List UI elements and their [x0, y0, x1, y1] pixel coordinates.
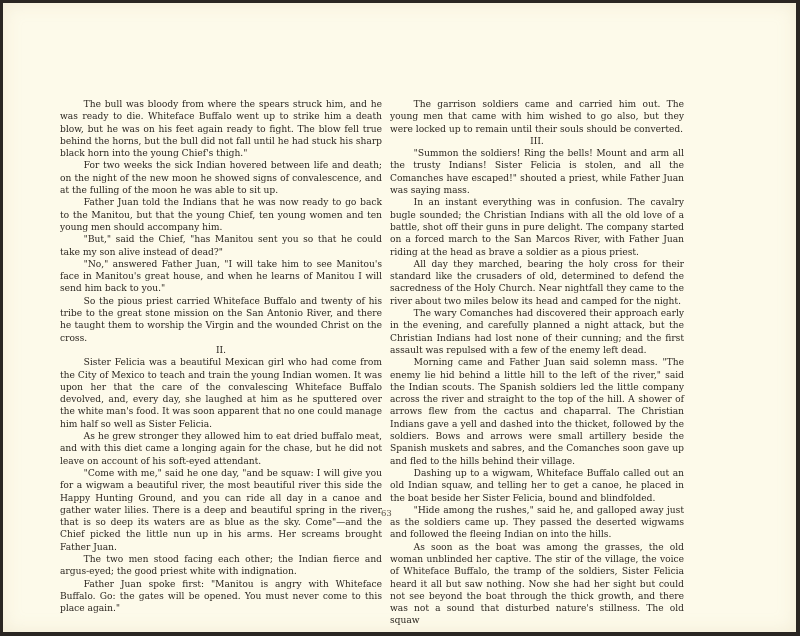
paragraph: "Come with me," said he one day, "and be… — [60, 468, 382, 554]
paragraph: Sister Felicia was a beautiful Mexican g… — [60, 357, 382, 431]
paragraph: So the pious priest carried Whiteface Bu… — [60, 296, 382, 345]
book-page: The bull was bloody from where the spear… — [3, 3, 796, 632]
paragraph: The wary Comanches had discovered their … — [390, 308, 684, 357]
paragraph: The two men stood facing each other; the… — [60, 554, 382, 579]
paragraph: For two weeks the sick Indian hovered be… — [60, 160, 382, 197]
paragraph: Father Juan told the Indians that he was… — [60, 197, 382, 234]
paragraph: As soon as the boat was among the grasse… — [390, 542, 684, 628]
paragraph: Father Juan spoke first: "Manitou is ang… — [60, 579, 382, 616]
paragraph: As he grew stronger they allowed him to … — [60, 431, 382, 468]
section-heading: II. — [60, 345, 382, 357]
paragraph: In an instant everything was in confusio… — [390, 197, 684, 258]
paragraph: All day they marched, bearing the holy c… — [390, 259, 684, 308]
section-heading: III. — [390, 136, 684, 148]
paragraph: "Summon the soldiers! Ring the bells! Mo… — [390, 148, 684, 197]
right-text-column: The garrison soldiers came and carried h… — [390, 99, 684, 628]
left-text-column: The bull was bloody from where the spear… — [60, 99, 382, 615]
paragraph: "No," answered Father Juan, "I will take… — [60, 259, 382, 296]
paragraph: "But," said the Chief, "has Manitou sent… — [60, 234, 382, 259]
paragraph: The bull was bloody from where the spear… — [60, 99, 382, 160]
page-number: 63 — [381, 509, 392, 519]
paragraph: Dashing up to a wigwam, Whiteface Buffal… — [390, 468, 684, 505]
paragraph: "Hide among the rushes," said he, and ga… — [390, 505, 684, 542]
paragraph: The garrison soldiers came and carried h… — [390, 99, 684, 136]
paragraph: Morning came and Father Juan said solemn… — [390, 357, 684, 468]
